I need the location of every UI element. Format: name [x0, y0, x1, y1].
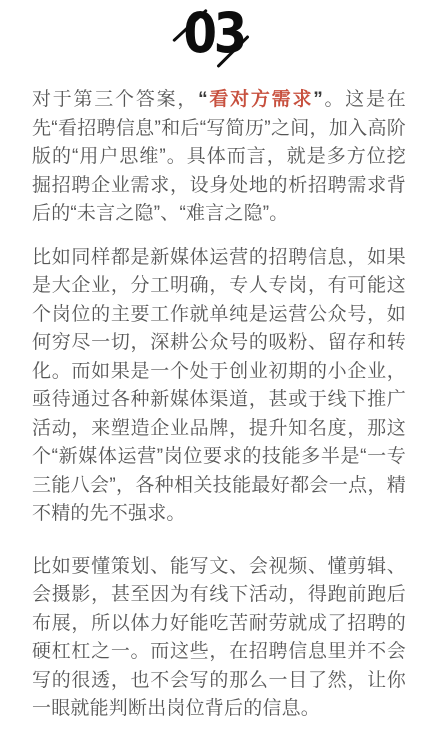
p1-lead-text: 对于第三个答案， [32, 89, 198, 110]
paragraph-3: 比如要懂策划、能写文、会视频、懂剪辑、会摄影，甚至因为有线下活动，得跑前跑后布展… [32, 553, 406, 724]
article-body: 对于第三个答案，“看对方需求”。这是在先“看招聘信息”和后“写简历”之间，加入高… [0, 64, 432, 724]
article-page: 03 对于第三个答案，“看对方需求”。这是在先“看招聘信息”和后“写简历”之间，… [0, 0, 432, 744]
paragraph-1: 对于第三个答案，“看对方需求”。这是在先“看招聘信息”和后“写简历”之间，加入高… [32, 86, 406, 229]
paragraph-2: 比如同样都是新媒体运营的招聘信息，如果是大企业，分工明确，专人专岗，有可能这个岗… [32, 244, 406, 529]
section-number-text: 03 [184, 6, 249, 61]
section-header: 03 [0, 0, 432, 64]
p1-open-quote: “ [198, 89, 208, 110]
p1-highlight-text: 看对方需求 [208, 89, 313, 110]
p1-close-quote: ” [313, 89, 323, 110]
section-number: 03 [179, 6, 253, 61]
